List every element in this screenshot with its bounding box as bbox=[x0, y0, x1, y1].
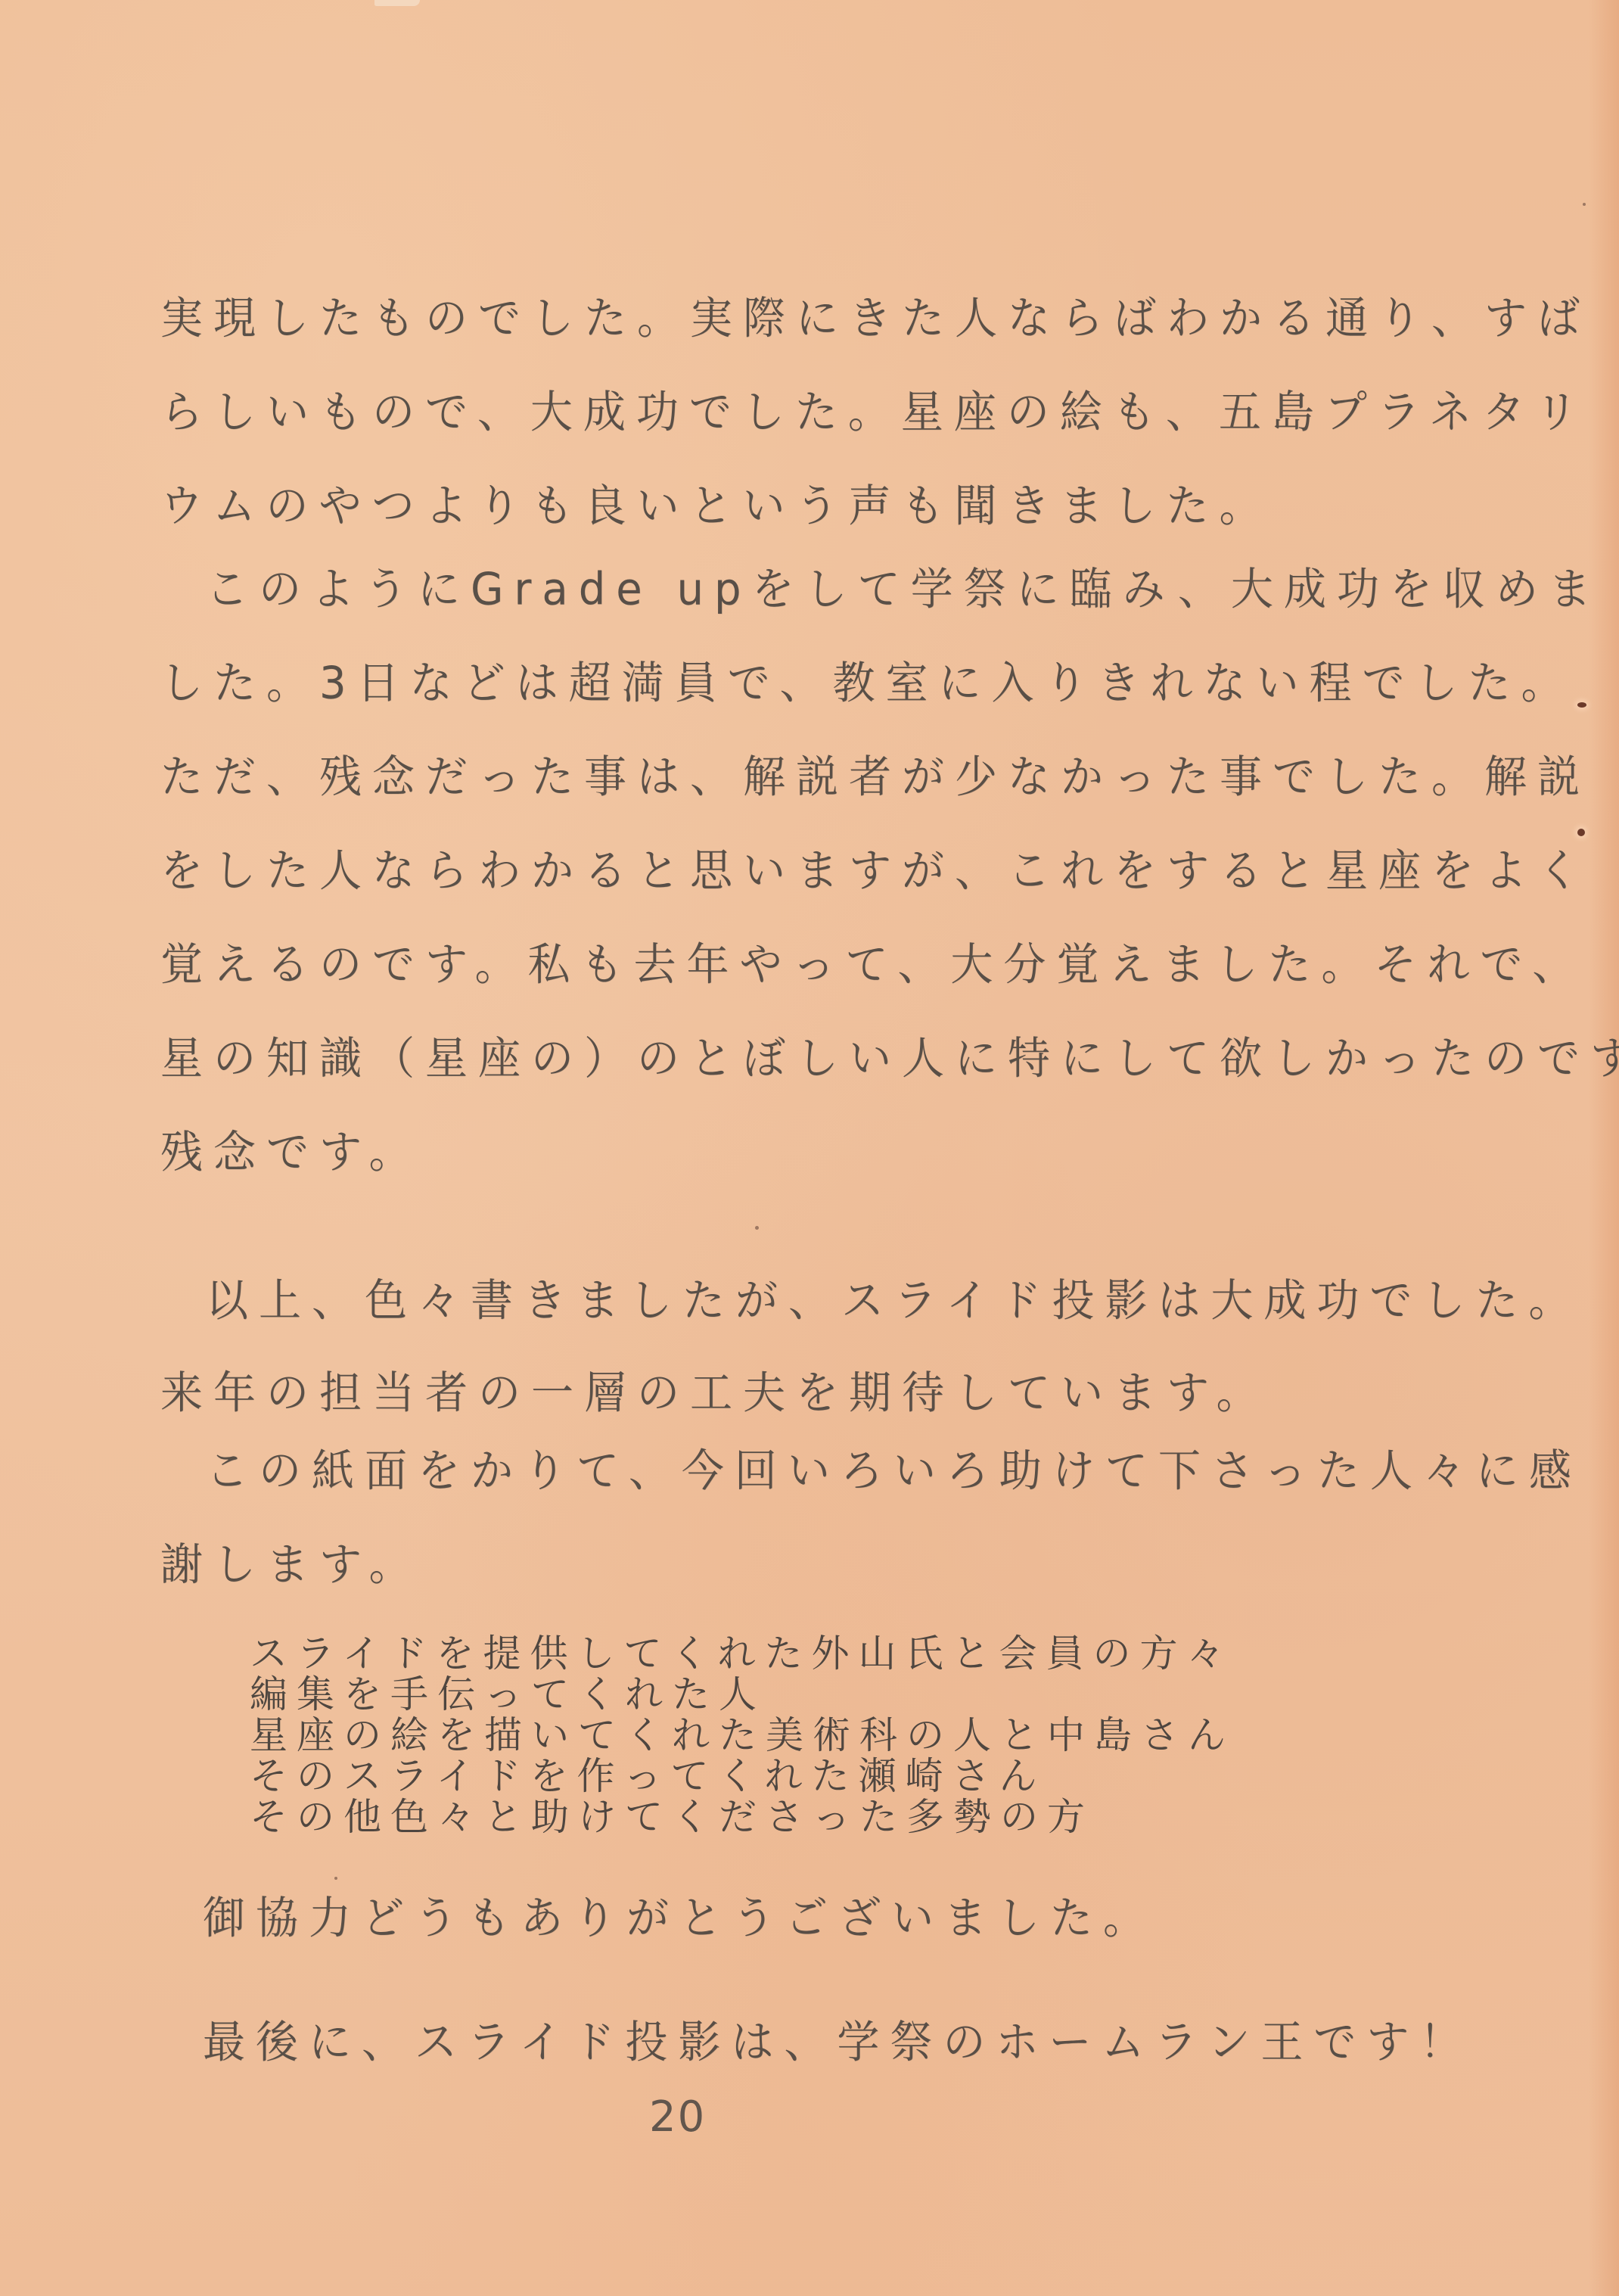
paper-speck bbox=[1583, 203, 1586, 206]
paper-speck bbox=[334, 1877, 337, 1880]
text-line: 来年の担当者の一層の工夫を期待しています。 bbox=[160, 1371, 1401, 1416]
text-line: 星の知識（星座の）のとぼしい人に特にして欲しかったのです。 bbox=[160, 1037, 1401, 1081]
paragraph-3: 以上、色々書きましたが、スライド投影は大成功でした。 来年の担当者の一層の工夫を… bbox=[160, 1279, 1401, 1414]
closing-line: 御協力どうもありがとうございました。 bbox=[203, 1896, 1443, 1939]
text-line: 実現したものでした。実際にきた人ならばわかる通り、すば bbox=[160, 297, 1401, 341]
paper-edge-shadow bbox=[1589, 0, 1619, 2296]
text-line: 最後に、スライド投影は、学祭のホームラン王です！ bbox=[203, 2021, 1443, 2065]
text-line: した。3日などは超満員で、教室に入りきれない程でした。 bbox=[160, 661, 1401, 706]
text-line: 以上、色々書きましたが、スライド投影は大成功でした。 bbox=[160, 1279, 1401, 1324]
list-item: その他色々と助けてくださった多勢の方 bbox=[250, 1797, 1233, 1837]
list-item: そのスライドを作ってくれた瀬崎さん bbox=[250, 1756, 1233, 1797]
text-line: 覚えるのです。私も去年やって、大分覚えました。それで、 bbox=[160, 943, 1401, 988]
text-line: このようにGrade upをして学祭に臨み、大成功を収めま bbox=[160, 568, 1401, 612]
final-line: 最後に、スライド投影は、学祭のホームラン王です！ bbox=[203, 2021, 1443, 2063]
text-line: をした人ならわかると思いますが、これをすると星座をよく bbox=[160, 849, 1401, 894]
thanks-list: スライドを提供してくれた外山氏と会員の方々 編集を手伝ってくれた人 星座の絵を描… bbox=[250, 1633, 1233, 1837]
text-line: 残念です。 bbox=[160, 1131, 1401, 1175]
paragraph-4: この紙面をかりて、今回いろいろ助けて下さった人々に感 謝します。 bbox=[160, 1449, 1401, 1585]
list-item: 星座の絵を描いてくれた美術科の人と中島さん bbox=[250, 1715, 1233, 1756]
text-line: らしいもので、大成功でした。星座の絵も、五島プラネタリ bbox=[160, 390, 1401, 435]
text-line: 御協力どうもありがとうございました。 bbox=[203, 1896, 1443, 1941]
paragraph-2: このようにGrade upをして学祭に臨み、大成功を収めま した。3日などは超満… bbox=[160, 568, 1401, 1173]
binding-hole bbox=[1577, 702, 1586, 708]
paper-tear bbox=[374, 0, 420, 6]
list-item: スライドを提供してくれた外山氏と会員の方々 bbox=[250, 1633, 1233, 1674]
list-item: 編集を手伝ってくれた人 bbox=[250, 1674, 1233, 1715]
paragraph-1: 実現したものでした。実際にきた人ならばわかる通り、すば らしいもので、大成功でし… bbox=[160, 297, 1401, 527]
text-line: この紙面をかりて、今回いろいろ助けて下さった人々に感 bbox=[160, 1449, 1401, 1494]
document-page: 実現したものでした。実際にきた人ならばわかる通り、すば らしいもので、大成功でし… bbox=[0, 0, 1619, 2296]
paper-speck bbox=[755, 1226, 759, 1230]
text-line: ただ、残念だった事は、解説者が少なかった事でした。解説 bbox=[160, 755, 1401, 800]
text-line: ウムのやつよりも良いという声も聞きました。 bbox=[160, 484, 1401, 529]
page-number: 20 bbox=[649, 2092, 706, 2142]
text-line: 謝します。 bbox=[160, 1543, 1401, 1588]
binding-hole bbox=[1577, 829, 1585, 836]
